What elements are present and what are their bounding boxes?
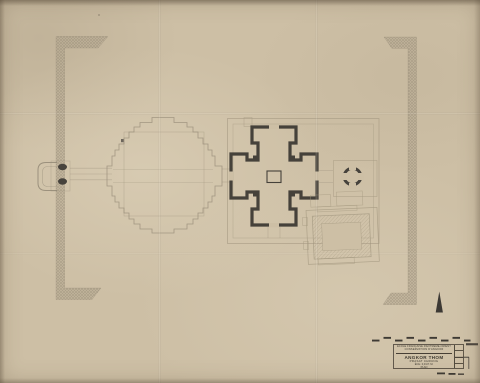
plan-sheet: ÉCOLE FRANÇAISE D'EXTRÊME-ORIENT CONSERV… — [0, 0, 480, 383]
vignette — [0, 0, 480, 383]
